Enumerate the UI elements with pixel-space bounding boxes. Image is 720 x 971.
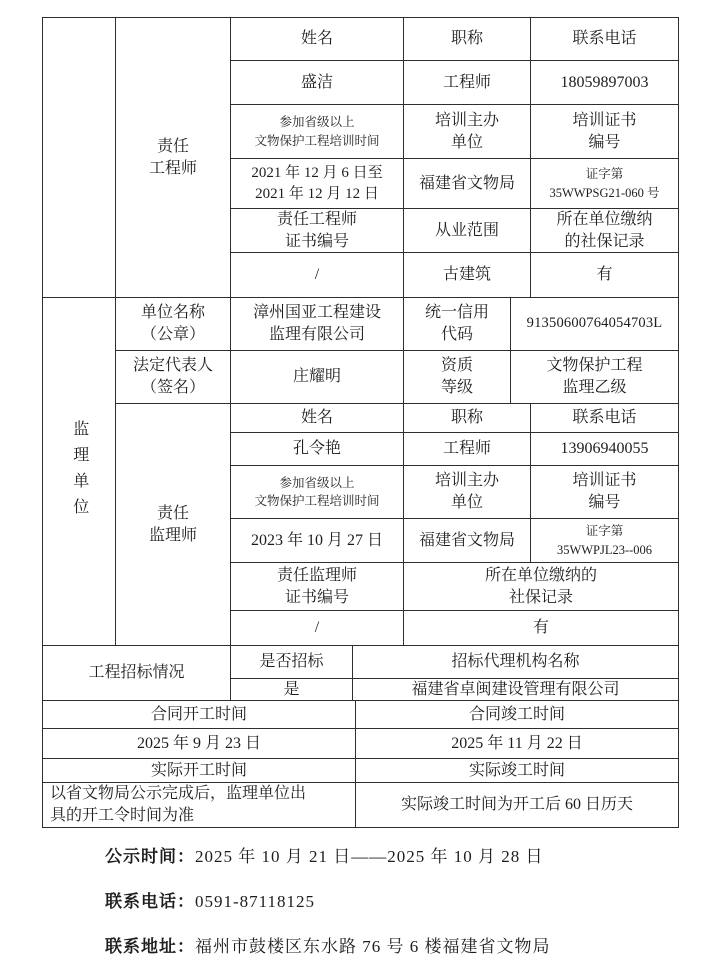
- cell-phone-header: 联系电话: [531, 404, 679, 433]
- table-row: 是 福建省卓闽建设管理有限公司: [231, 679, 679, 701]
- cell-actual-end: 实际竣工时间为开工后 60 日历天: [356, 783, 679, 828]
- cell-engineer-cert-no: /: [231, 253, 404, 298]
- publicity-period-label: 公示时间：: [105, 847, 195, 866]
- cell-training-org: 福建省文物局: [404, 159, 531, 209]
- cell-engineer-role-label: 责任 工程师: [116, 18, 231, 298]
- cell-contract-start: 2025 年 9 月 23 日: [43, 729, 356, 759]
- contact-address-value: 福州市鼓楼区东水路 76 号 6 楼福建省文物局: [195, 937, 551, 956]
- supervisor-subgrid: 姓名 职称 联系电话 孔令艳 工程师 13906940055 参加省级以上 文物…: [231, 404, 679, 646]
- cell-training-org-label: 培训主办 单位: [404, 105, 531, 159]
- table-row: 孔令艳 工程师 13906940055: [231, 433, 679, 466]
- section-bidding: 工程招标情况 是否招标 招标代理机构名称 是 福建省卓闽建设管理有限公司: [43, 646, 679, 701]
- table-row: 合同开工时间 合同竣工时间: [43, 701, 679, 729]
- cell-training-cert-label: 培训证书 编号: [531, 105, 679, 159]
- cell-name-header: 姓名: [231, 18, 404, 61]
- cell-training-time-label: 参加省级以上 文物保护工程培训时间: [231, 105, 404, 159]
- cell-engineer-phone: 18059897003: [531, 61, 679, 105]
- table-row: 法定代表人 （签名） 庄耀明 资质 等级 文物保护工程 监理乙级: [116, 351, 679, 404]
- bidding-subgrid: 是否招标 招标代理机构名称 是 福建省卓闽建设管理有限公司: [231, 646, 679, 701]
- cell-is-bid-label: 是否招标: [231, 646, 353, 679]
- cell-supervisor-training-org: 福建省文物局: [404, 519, 531, 563]
- cell-contract-end-label: 合同竣工时间: [356, 701, 679, 729]
- cell-qualification-label: 资质 等级: [404, 351, 511, 404]
- supervision-unit-vertical-label: 监理单位: [68, 420, 90, 524]
- table-row: 责任监理师 证书编号 所在单位缴纳的 社保记录: [231, 563, 679, 611]
- table-row: 是否招标 招标代理机构名称: [231, 646, 679, 679]
- cell-supervisor-social-label: 所在单位缴纳的 社保记录: [404, 563, 679, 611]
- public-notice-form: 责任 工程师 姓名 职称 联系电话 盛洁 工程师 18059897003 参加省…: [0, 0, 720, 971]
- cell-supervisor-training-cert: 证字第 35WWPJL23--006: [531, 519, 679, 563]
- cell-supervisor-title: 工程师: [404, 433, 531, 466]
- cell-supervisor-training-time: 2023 年 10 月 27 日: [231, 519, 404, 563]
- cell-phone-header: 联系电话: [531, 18, 679, 61]
- cell-scope-value: 古建筑: [404, 253, 531, 298]
- cell-agency-label: 招标代理机构名称: [353, 646, 679, 679]
- section-responsible-engineer: 责任 工程师 姓名 职称 联系电话 盛洁 工程师 18059897003 参加省…: [43, 18, 679, 298]
- cell-supervision-unit-label: 监理单位: [43, 298, 116, 646]
- table-row: 姓名 职称 联系电话: [231, 18, 679, 61]
- cell-supervisor-phone: 13906940055: [531, 433, 679, 466]
- cell-training-cert-label: 培训证书 编号: [531, 466, 679, 519]
- cell-title-header: 职称: [404, 18, 531, 61]
- cell-agency-value: 福建省卓闽建设管理有限公司: [353, 679, 679, 701]
- table-row: 参加省级以上 文物保护工程培训时间 培训主办 单位 培训证书 编号: [231, 105, 679, 159]
- cell-unit-name-label: 单位名称 （公章）: [116, 298, 231, 351]
- cell-title-header: 职称: [404, 404, 531, 433]
- supervisor-block: 责任 监理师 姓名 职称 联系电话 孔令艳 工程师 13906940055: [116, 404, 679, 646]
- cell-actual-end-label: 实际竣工时间: [356, 759, 679, 783]
- cell-engineer-name: 盛洁: [231, 61, 404, 105]
- table-row: 以省文物局公示完成后，监理单位出 具的开工令时间为准 实际竣工时间为开工后 60…: [43, 783, 679, 828]
- cell-name-header: 姓名: [231, 404, 404, 433]
- table-row: 实际开工时间 实际竣工时间: [43, 759, 679, 783]
- cell-qualification: 文物保护工程 监理乙级: [511, 351, 679, 404]
- cell-training-time: 2021 年 12 月 6 日至 2021 年 12 月 12 日: [231, 159, 404, 209]
- cell-training-cert: 证字第 35WWPSG21-060 号: [531, 159, 679, 209]
- cell-contract-end: 2025 年 11 月 22 日: [356, 729, 679, 759]
- cell-is-bid-value: 是: [231, 679, 353, 701]
- notice-table: 责任 工程师 姓名 职称 联系电话 盛洁 工程师 18059897003 参加省…: [42, 17, 679, 828]
- publicity-period-line: 公示时间：2025 年 10 月 21 日——2025 年 10 月 28 日: [105, 842, 544, 867]
- cell-training-org-label: 培训主办 单位: [404, 466, 531, 519]
- cell-unit-name: 漳州国亚工程建设 监理有限公司: [231, 298, 404, 351]
- cell-social-value: 有: [531, 253, 679, 298]
- cell-bidding-section-label: 工程招标情况: [43, 646, 231, 701]
- cell-supervisor-social-value: 有: [404, 611, 679, 646]
- section-supervision-unit: 监理单位 单位名称 （公章） 漳州国亚工程建设 监理有限公司 统一信用 代码 9…: [43, 298, 679, 646]
- cell-engineer-title: 工程师: [404, 61, 531, 105]
- cell-legal-rep-label: 法定代表人 （签名）: [116, 351, 231, 404]
- cell-supervisor-cert-label: 责任监理师 证书编号: [231, 563, 404, 611]
- table-row: / 有: [231, 611, 679, 646]
- table-row: 2025 年 9 月 23 日 2025 年 11 月 22 日: [43, 729, 679, 759]
- cell-training-time-label: 参加省级以上 文物保护工程培训时间: [231, 466, 404, 519]
- supervision-unit-subgrid: 单位名称 （公章） 漳州国亚工程建设 监理有限公司 统一信用 代码 913506…: [116, 298, 679, 646]
- cell-actual-start-label: 实际开工时间: [43, 759, 356, 783]
- contact-phone-line: 联系电话：0591-87118125: [105, 887, 315, 912]
- cell-credit-code: 91350600764054703L: [511, 298, 679, 351]
- contact-address-label: 联系地址：: [105, 937, 195, 956]
- cell-supervisor-name: 孔令艳: [231, 433, 404, 466]
- table-row: 2023 年 10 月 27 日 福建省文物局 证字第 35WWPJL23--0…: [231, 519, 679, 563]
- engineer-subgrid: 姓名 职称 联系电话 盛洁 工程师 18059897003 参加省级以上 文物保…: [231, 18, 679, 298]
- cell-supervisor-cert-no: /: [231, 611, 404, 646]
- table-row: 姓名 职称 联系电话: [231, 404, 679, 433]
- cell-social-label: 所在单位缴纳 的社保记录: [531, 209, 679, 253]
- cell-supervisor-role-label: 责任 监理师: [116, 404, 231, 646]
- cell-engineer-cert-label: 责任工程师 证书编号: [231, 209, 404, 253]
- table-row: 参加省级以上 文物保护工程培训时间 培训主办 单位 培训证书 编号: [231, 466, 679, 519]
- cell-actual-start: 以省文物局公示完成后，监理单位出 具的开工令时间为准: [43, 783, 356, 828]
- contact-phone-label: 联系电话：: [105, 892, 195, 911]
- cell-contract-start-label: 合同开工时间: [43, 701, 356, 729]
- publicity-period-value: 2025 年 10 月 21 日——2025 年 10 月 28 日: [195, 847, 544, 866]
- contact-phone-value: 0591-87118125: [195, 892, 315, 911]
- cell-parent-unit-continued: [43, 18, 116, 298]
- table-row: 责任工程师 证书编号 从业范围 所在单位缴纳 的社保记录: [231, 209, 679, 253]
- table-row: 单位名称 （公章） 漳州国亚工程建设 监理有限公司 统一信用 代码 913506…: [116, 298, 679, 351]
- contact-address-line: 联系地址：福州市鼓楼区东水路 76 号 6 楼福建省文物局: [105, 932, 551, 957]
- cell-legal-rep: 庄耀明: [231, 351, 404, 404]
- cell-credit-code-label: 统一信用 代码: [404, 298, 511, 351]
- table-row: 2021 年 12 月 6 日至 2021 年 12 月 12 日 福建省文物局…: [231, 159, 679, 209]
- table-row: / 古建筑 有: [231, 253, 679, 298]
- table-row: 盛洁 工程师 18059897003: [231, 61, 679, 105]
- cell-scope-label: 从业范围: [404, 209, 531, 253]
